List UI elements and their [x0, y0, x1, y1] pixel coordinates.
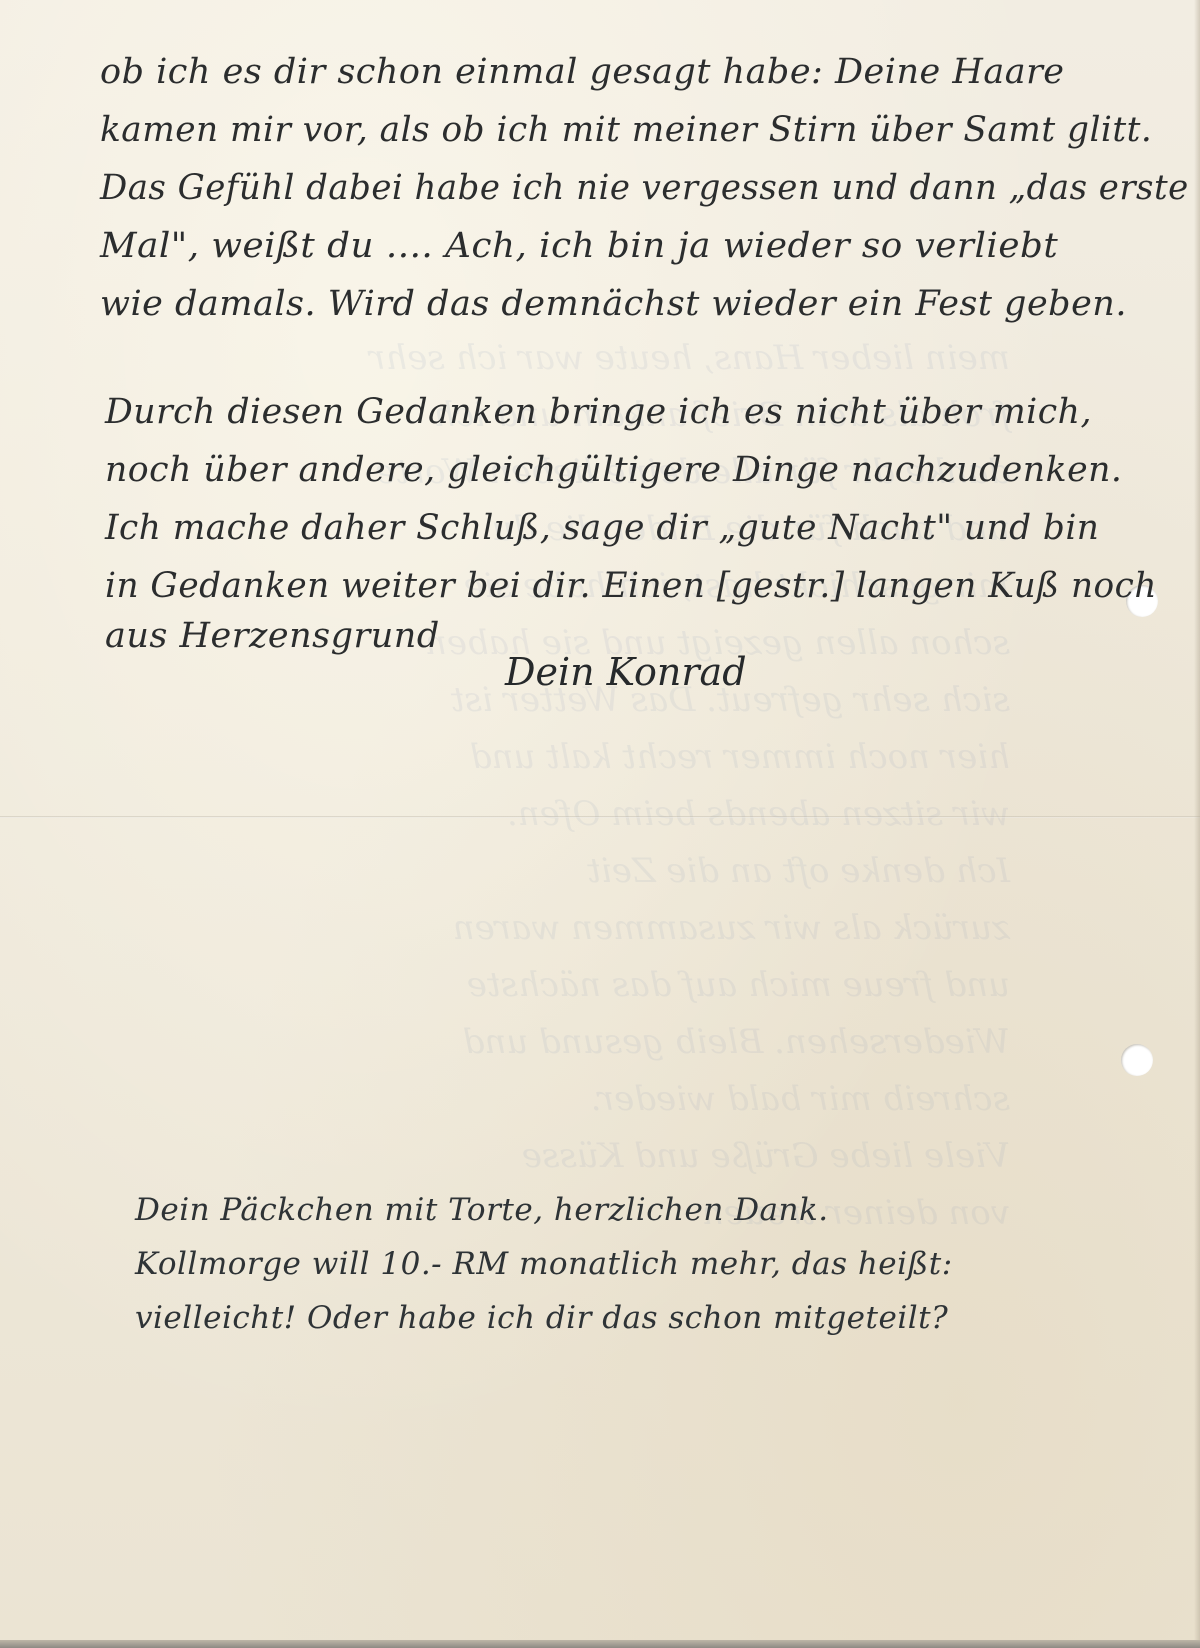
letter-line: aus Herzensgrund — [105, 616, 440, 656]
letter-line: Durch diesen Gedanken bringe ich es nich… — [105, 392, 1092, 432]
letter-line: in Gedanken weiter bei dir. Einen [gestr… — [105, 566, 1157, 606]
letter-line: Mal", weißt du .... Ach, ich bin ja wied… — [100, 226, 1058, 266]
letter-line: kamen mir vor, als ob ich mit meiner Sti… — [100, 110, 1152, 150]
paper-edge-right — [1194, 0, 1200, 1640]
letter-line: ob ich es dir schon einmal gesagt habe: … — [100, 52, 1065, 92]
paper-edge-bottom — [0, 1640, 1200, 1648]
signature: Dein Konrad — [505, 650, 747, 694]
fold-line — [0, 816, 1200, 818]
letter-page: mein lieber Hans, heute war ich sehr fro… — [0, 0, 1200, 1648]
postscript-line: Kollmorge will 10.- RM monatlich mehr, d… — [135, 1246, 953, 1282]
letter-line: Das Gefühl dabei habe ich nie vergessen … — [100, 168, 1189, 208]
postscript-line: Dein Päckchen mit Torte, herzlichen Dank… — [135, 1192, 829, 1228]
letter-line: Ich mache daher Schluß, sage dir „gute N… — [105, 508, 1099, 548]
punch-hole — [1121, 1044, 1153, 1076]
letter-line: wie damals. Wird das demnächst wieder ei… — [100, 284, 1127, 324]
letter-line: noch über andere, gleichgültigere Dinge … — [105, 450, 1122, 490]
postscript-line: vielleicht! Oder habe ich dir das schon … — [135, 1300, 948, 1336]
